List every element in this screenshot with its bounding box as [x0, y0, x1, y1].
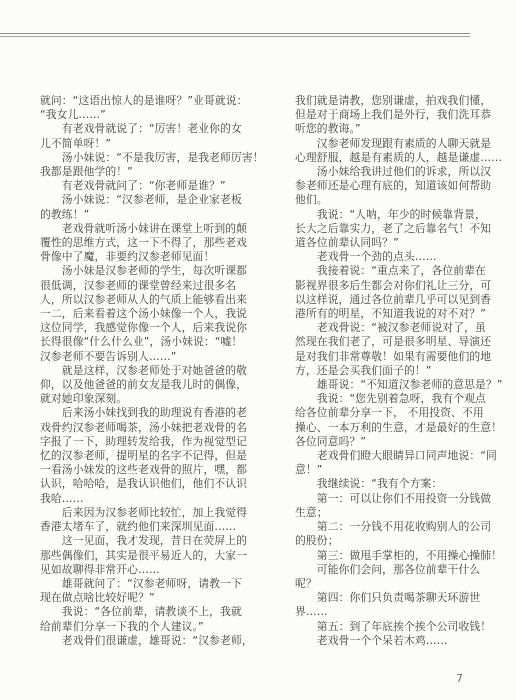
book-page: 就问：“这语出惊人的是谁呀？”业哥就说：“我女儿……” 有老戏骨就说了：“厉害！…	[0, 0, 516, 700]
text-line: 然现在我们老了，可是很多明星、导演还	[295, 335, 487, 349]
text-line: 有老戏骨就问了：“你老师是谁？”	[40, 179, 252, 193]
text-line: 我哈……	[40, 492, 252, 506]
text-line: 给各位前辈分享一下， 不用投资、不用	[295, 406, 487, 420]
text-line: 是对我们非常尊敬！如果有需要他们的地	[295, 350, 487, 364]
text-line: 以这样说，通过各位前辈几乎可以见到香	[295, 293, 487, 307]
text-columns: 就问：“这语出惊人的是谁呀？”业哥就说：“我女儿……” 有老戏骨就说了：“厉害！…	[40, 94, 487, 648]
text-line: 老戏骨说：“被汉参老师说对了，虽	[295, 321, 487, 335]
text-line: 影视界很多后生都会对你们礼让三分，可	[295, 279, 487, 293]
text-line: 老戏骨就听汤小妹讲在课堂上听到的颠	[40, 222, 252, 236]
text-line: 雄哥说：“不知道汉参老师的意思是？”	[295, 378, 487, 392]
text-line: 操心、一本万利的生意，才是最好的生意！	[295, 421, 487, 435]
text-line: 后来汤小妹找到我的助理说有香港的老	[40, 406, 252, 420]
text-line: 后来因为汉参老师比较忙，加上我觉得	[40, 506, 252, 520]
text-line: 很低调，汉参老师的课堂曾经来过很多名	[40, 279, 252, 293]
text-line: 我都是跟他学的！”	[40, 165, 252, 179]
text-line: 见如故聊得非常开心……	[40, 563, 252, 577]
text-line: 长大之后靠实力，老了之后靠名气！不知	[295, 222, 487, 236]
text-line: 一二，后来看着这个汤小妹像一个人，我说	[40, 307, 252, 321]
text-line: 他们。	[295, 193, 487, 207]
text-line: 雄哥就问了：“汉参老师呀，请教一下	[40, 577, 252, 591]
text-line: 第一：可以让你们不用投资一分钱做	[295, 492, 487, 506]
text-line: 可能你们会问，那各位前辈干什么	[295, 563, 487, 577]
text-line: 我说：“各位前辈，请教谈不上，我就	[40, 605, 252, 619]
text-line: 我接着说：“重点来了，各位前辈在	[295, 264, 487, 278]
text-line: 忆的汉参老师，提明星的名字不记得，但是	[40, 449, 252, 463]
text-line: 香港太堵车了，就约他们来深圳见面……	[40, 520, 252, 534]
text-line: 我说：“您先别着急呀，我有个观点	[295, 392, 487, 406]
left-column: 就问：“这语出惊人的是谁呀？”业哥就说：“我女儿……” 有老戏骨就说了：“厉害！…	[40, 94, 252, 648]
text-line: 老戏骨们瞪大眼睛异口同声地说：“同	[295, 449, 487, 463]
text-line: 认识，哈哈哈，是我认识他们，他们不认识	[40, 477, 252, 491]
right-column: 我们就是请教，您别谦虚，拍戏我们懂，但是对于商场上我们是外行，我们洗耳恭听您的教…	[295, 94, 487, 648]
text-line: 现在做点啥比较好呢？”	[40, 591, 252, 605]
text-line: 我继续说：“我有个方案：	[295, 477, 487, 491]
page-number: 7	[456, 672, 463, 685]
text-line: 汉参老师不要告诉别人……”	[40, 350, 252, 364]
text-line: 老戏骨们很谦虚，雄哥说：“汉参老师，	[40, 634, 252, 648]
text-line: 长得很像“什么什么业”，汤小妹说：“嘘！	[40, 335, 252, 349]
text-line: 但是对于商场上我们是外行，我们洗耳恭	[295, 108, 487, 122]
text-line: 汤小妹是汉参老师的学生，每次听课都	[40, 264, 252, 278]
text-line: 戏骨约汉参老师喝茶，汤小妹把老戏骨的名	[40, 421, 252, 435]
header-rule	[0, 33, 470, 37]
text-line: 就对她印象深刻。	[40, 392, 252, 406]
text-line: 各位同意吗？”	[295, 435, 487, 449]
text-line: 我说：“人呐，年少的时候靠背景，	[295, 208, 487, 222]
text-line: 生意；	[295, 506, 487, 520]
text-line: 这位同学，我感觉你像一个人，后来我说你	[40, 321, 252, 335]
text-line: 骨像中了魔，非要约汉参老师见面！	[40, 250, 252, 264]
text-line: 界……	[295, 605, 487, 619]
text-line: 的股份；	[295, 534, 487, 548]
text-line: 儿不简单呀！”	[40, 137, 252, 151]
text-line: 仰，以及他爸爸的前女友是我儿时的偶像，	[40, 378, 252, 392]
text-line: 那些偶像们，其实是很平易近人的，大家一	[40, 549, 252, 563]
text-line: 港所有的明星，不知道我说的对不对？”	[295, 307, 487, 321]
text-line: 呢？	[295, 577, 487, 591]
text-line: 有老戏骨就说了：“厉害！老业你的女	[40, 122, 252, 136]
text-line: 这一见面，我才发现，昔日在荧屏上的	[40, 534, 252, 548]
text-line: 老戏骨一个劲的点头……	[295, 250, 487, 264]
text-line: 意！”	[295, 463, 487, 477]
text-line: 一看汤小妹发的这些老戏骨的照片，嘿，都	[40, 463, 252, 477]
text-line: 第四：你们只负责喝茶聊天环游世	[295, 591, 487, 605]
text-line: 就是这样，汉参老师处于对她爸爸的敬	[40, 364, 252, 378]
text-line: 汉参老师发现跟有素质的人聊天就是	[295, 137, 487, 151]
text-line: 覆性的思维方式，这一下不得了，那些老戏	[40, 236, 252, 250]
text-line: 人，所以汉参老师从人的气质上能够看出来	[40, 293, 252, 307]
text-line: 第二：一分钱不用花收购别人的公司	[295, 520, 487, 534]
text-line: 汤小妹给我讲过他们的诉求，所以汉	[295, 165, 487, 179]
text-line: 就问：“这语出惊人的是谁呀？”业哥就说：	[40, 94, 252, 108]
text-line: 字报了一下，助理转发给我，作为视觉型记	[40, 435, 252, 449]
text-line: 给前辈们分享一下我的个人建议。”	[40, 620, 252, 634]
text-line: 方，还是会买我们面子的！”	[295, 364, 487, 378]
text-line: 我们就是请教，您别谦虚，拍戏我们懂，	[295, 94, 487, 108]
text-line: “我女儿……”	[40, 108, 252, 122]
text-line: 老戏骨一个个呆若木鸡……	[295, 634, 487, 648]
text-line: 汤小妹说：“不是我厉害，是我老师厉害！	[40, 151, 252, 165]
text-line: 参老师还是心理有底的，知道该如何帮助	[295, 179, 487, 193]
text-line: 心理舒服，越是有素质的人，越是谦虚……	[295, 151, 487, 165]
text-line: 听您的教诲。”	[295, 122, 487, 136]
text-line: 的教练！”	[40, 208, 252, 222]
text-line: 道各位前辈认同吗？”	[295, 236, 487, 250]
text-line: 汤小妹说：“汉参老师，是企业家老板	[40, 193, 252, 207]
text-line: 第五：到了年底挨个挨个公司收钱！	[295, 620, 487, 634]
text-line: 第三：做甩手掌柜的，不用操心操肺！	[295, 549, 487, 563]
